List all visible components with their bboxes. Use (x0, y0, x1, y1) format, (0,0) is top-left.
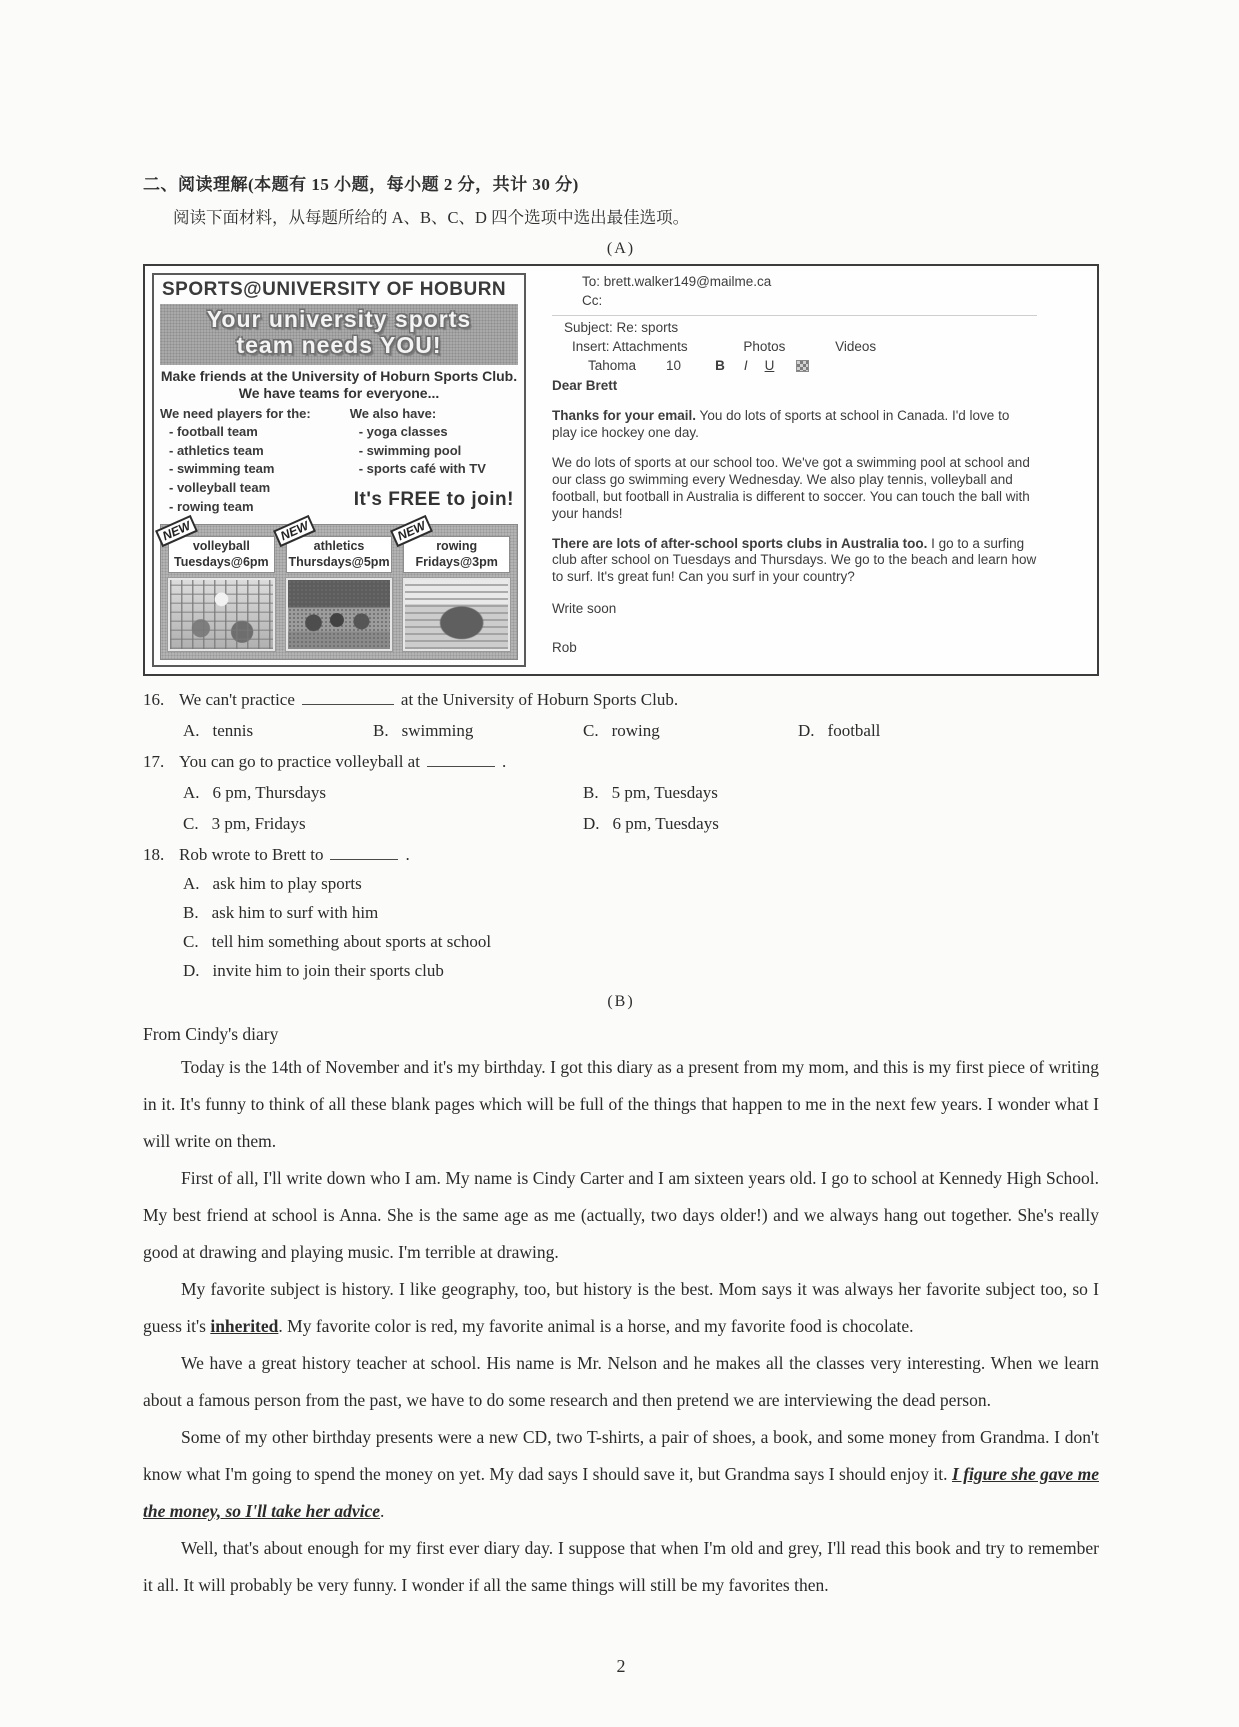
option-label: A. (183, 874, 200, 893)
diary-paragraph-6: Well, that's about enough for my first e… (143, 1530, 1099, 1604)
email-subject-row: Subject: Re: sports (552, 320, 1037, 337)
answer-blank (427, 752, 495, 767)
option-text: swimming (402, 721, 474, 740)
banner-line-1: Your university sports (160, 307, 518, 333)
option-b: B.swimming (373, 721, 583, 741)
stem-before: You can go to practice volleyball at (179, 752, 420, 771)
underline-icon: U (765, 358, 775, 375)
need-players-column: We need players for the: - football team… (160, 405, 350, 517)
subject-label: Subject: (564, 320, 613, 335)
question-16-options: A.tennis B.swimming C.rowing D.football (143, 721, 1099, 741)
poster-tagline-2: We have teams for everyone... (160, 385, 518, 401)
poster-columns: We need players for the: - football team… (160, 405, 518, 517)
option-label: B. (373, 721, 389, 740)
insert-label: Insert: (572, 339, 610, 354)
stem-after: . (502, 752, 506, 771)
insert-image-icon (796, 360, 809, 372)
diary-paragraph-1: Today is the 14th of November and it's m… (143, 1049, 1099, 1160)
question-18: 18.Rob wrote to Brett to. A.ask him to p… (143, 845, 1099, 981)
answer-blank (330, 845, 398, 860)
option-label: D. (183, 961, 200, 980)
questions-section: 16.We can't practiceat the University of… (143, 690, 1099, 981)
answer-blank (302, 690, 394, 705)
part-b-label: (B) (143, 993, 1099, 1011)
reading-material-b: From Cindy's diary Today is the 14th of … (143, 1019, 1099, 1604)
option-label: B. (183, 903, 199, 922)
volleyball-card-label: volleyball Tuesdays@6pm (168, 536, 275, 574)
question-16-stem: 16.We can't practiceat the University of… (143, 690, 1099, 710)
sport-name: rowing (404, 538, 509, 554)
email-paragraph-1: Thanks for your email. You do lots of sp… (552, 408, 1037, 442)
option-d: D.invite him to join their sports club (183, 961, 1099, 981)
subject-value: Re: sports (617, 320, 679, 335)
option-text: 6 pm, Thursdays (213, 783, 327, 802)
volleyball-photo (168, 578, 275, 651)
question-17: 17.You can go to practice volleyball at.… (143, 752, 1099, 834)
bold-lead: Thanks for your email. (552, 408, 696, 423)
option-text: football (828, 721, 881, 740)
option-b: B.ask him to surf with him (183, 903, 1099, 923)
email-greeting: Dear Brett (552, 378, 1037, 395)
paragraph-text: . (380, 1501, 384, 1521)
list-item: - football team (160, 423, 350, 442)
athletics-card: NEW athletics Thursdays@5pm (286, 536, 393, 651)
question-16: 16.We can't practiceat the University of… (143, 690, 1099, 741)
email-cc-row: Cc: (552, 293, 1037, 310)
option-label: B. (583, 783, 599, 802)
option-label: D. (583, 814, 600, 833)
photos-button: Photos (743, 339, 785, 354)
option-label: C. (183, 814, 199, 833)
option-text: tell him something about sports at schoo… (212, 932, 492, 951)
question-18-options: A.ask him to play sports B.ask him to su… (143, 874, 1099, 981)
option-text: rowing (612, 721, 660, 740)
list-item: - volleyball team (160, 479, 350, 498)
option-a: A.ask him to play sports (183, 874, 1099, 894)
option-text: ask him to surf with him (212, 903, 379, 922)
email-signature: Rob (552, 640, 1037, 657)
option-b: B.5 pm, Tuesdays (583, 783, 1099, 803)
option-c: C.3 pm, Fridays (183, 814, 583, 834)
option-label: D. (798, 721, 815, 740)
banner-line-2: team needs YOU! (160, 333, 518, 359)
option-c: C.tell him something about sports at sch… (183, 932, 1099, 952)
question-number: 17. (143, 752, 179, 772)
option-text: ask him to play sports (213, 874, 362, 893)
section-title: 二、阅读理解(本题有 15 小题，每小题 2 分，共计 30 分) (143, 170, 1099, 195)
exam-page: 二、阅读理解(本题有 15 小题，每小题 2 分，共计 30 分) 阅读下面材料… (0, 0, 1239, 1677)
athletics-photo (286, 578, 393, 651)
sport-time: Fridays@3pm (404, 554, 509, 570)
email-message: To: brett.walker149@mailme.ca Cc: Subjec… (526, 266, 1097, 674)
page-number: 2 (143, 1656, 1099, 1677)
option-label: C. (583, 721, 599, 740)
question-number: 16. (143, 690, 179, 710)
list-item: - swimming team (160, 460, 350, 479)
sport-name: athletics (287, 538, 392, 554)
font-name-select: Tahoma (588, 358, 636, 375)
option-d: D.6 pm, Tuesdays (583, 814, 1099, 834)
email-paragraph-3: There are lots of after-school sports cl… (552, 536, 1037, 587)
sport-name: volleyball (169, 538, 274, 554)
diary-paragraph-5: Some of my other birthday presents were … (143, 1419, 1099, 1530)
sport-time: Thursdays@5pm (287, 554, 392, 570)
cc-label: Cc: (582, 293, 602, 308)
athletics-card-label: athletics Thursdays@5pm (286, 536, 393, 574)
to-value: brett.walker149@mailme.ca (604, 274, 772, 289)
also-have-header: We also have: (350, 405, 518, 423)
option-label: A. (183, 721, 200, 740)
email-paragraph-2: We do lots of sports at our school too. … (552, 455, 1037, 523)
inherited-underlined-word: inherited (210, 1316, 278, 1336)
reading-material-a-box: SPORTS@UNIVERSITY OF HOBURN Your univers… (143, 264, 1099, 676)
question-17-stem: 17.You can go to practice volleyball at. (143, 752, 1099, 772)
videos-button: Videos (835, 339, 876, 354)
italic-icon: I (744, 358, 748, 375)
question-18-stem: 18.Rob wrote to Brett to. (143, 845, 1099, 865)
list-item: - rowing team (160, 498, 350, 517)
option-d: D.football (798, 721, 1099, 741)
part-a-label: (A) (143, 240, 1099, 258)
sport-time: Tuesdays@6pm (169, 554, 274, 570)
stem-after: . (405, 845, 409, 864)
option-text: 3 pm, Fridays (212, 814, 306, 833)
option-text: invite him to join their sports club (213, 961, 444, 980)
option-a: A.tennis (183, 721, 373, 741)
bold-icon: B (715, 358, 725, 375)
poster-banner: Your university sports team needs YOU! (160, 304, 518, 365)
question-17-options: A.6 pm, Thursdays B.5 pm, Tuesdays C.3 p… (143, 783, 1099, 834)
rowing-card-label: rowing Fridays@3pm (403, 536, 510, 574)
list-item: - sports café with TV (350, 460, 518, 479)
to-label: To: (582, 274, 600, 289)
rowing-card: NEW rowing Fridays@3pm (403, 536, 510, 651)
option-label: A. (183, 783, 200, 802)
diary-paragraph-4: We have a great history teacher at schoo… (143, 1345, 1099, 1419)
rowing-photo (403, 578, 510, 651)
attachments-button: Attachments (613, 339, 688, 354)
poster-tagline-1: Make friends at the University of Hoburn… (160, 368, 518, 384)
option-label: C. (183, 932, 199, 951)
email-header-divider (552, 315, 1037, 316)
volleyball-card: NEW volleyball Tuesdays@6pm (168, 536, 275, 651)
email-signoff: Write soon (552, 601, 1037, 618)
option-text: 5 pm, Tuesdays (612, 783, 718, 802)
paragraph-text: . My favorite color is red, my favorite … (278, 1316, 913, 1336)
question-number: 18. (143, 845, 179, 865)
sports-club-poster: SPORTS@UNIVERSITY OF HOBURN Your univers… (152, 273, 526, 667)
stem-after: at the University of Hoburn Sports Club. (401, 690, 678, 709)
email-insert-row: Insert: Attachments Photos Videos (552, 339, 1037, 356)
list-item: - yoga classes (350, 423, 518, 442)
email-format-toolbar: Tahoma 10 B I U (552, 358, 1037, 375)
also-have-column: We also have: - yoga classes - swimming … (350, 405, 518, 517)
bold-lead: There are lots of after-school sports cl… (552, 536, 927, 551)
section-instructions: 阅读下面材料，从每题所给的 A、B、C、D 四个选项中选出最佳选项。 (143, 204, 1099, 228)
need-players-header: We need players for the: (160, 405, 350, 423)
diary-source-line: From Cindy's diary (143, 1019, 1099, 1049)
stem-before: We can't practice (179, 690, 295, 709)
option-text: 6 pm, Tuesdays (613, 814, 719, 833)
diary-paragraph-2: First of all, I'll write down who I am. … (143, 1160, 1099, 1271)
font-size-select: 10 (666, 358, 681, 375)
list-item: - swimming pool (350, 442, 518, 461)
diary-paragraph-3: My favorite subject is history. I like g… (143, 1271, 1099, 1345)
email-to-row: To: brett.walker149@mailme.ca (552, 274, 1037, 291)
stem-before: Rob wrote to Brett to (179, 845, 323, 864)
session-cards-panel: NEW volleyball Tuesdays@6pm NEW athletic… (160, 524, 518, 660)
option-text: tennis (213, 721, 254, 740)
list-item: - athletics team (160, 442, 350, 461)
poster-title: SPORTS@UNIVERSITY OF HOBURN (160, 278, 518, 303)
option-a: A.6 pm, Thursdays (183, 783, 583, 803)
option-c: C.rowing (583, 721, 798, 741)
free-to-join-text: It's FREE to join! (350, 489, 518, 511)
